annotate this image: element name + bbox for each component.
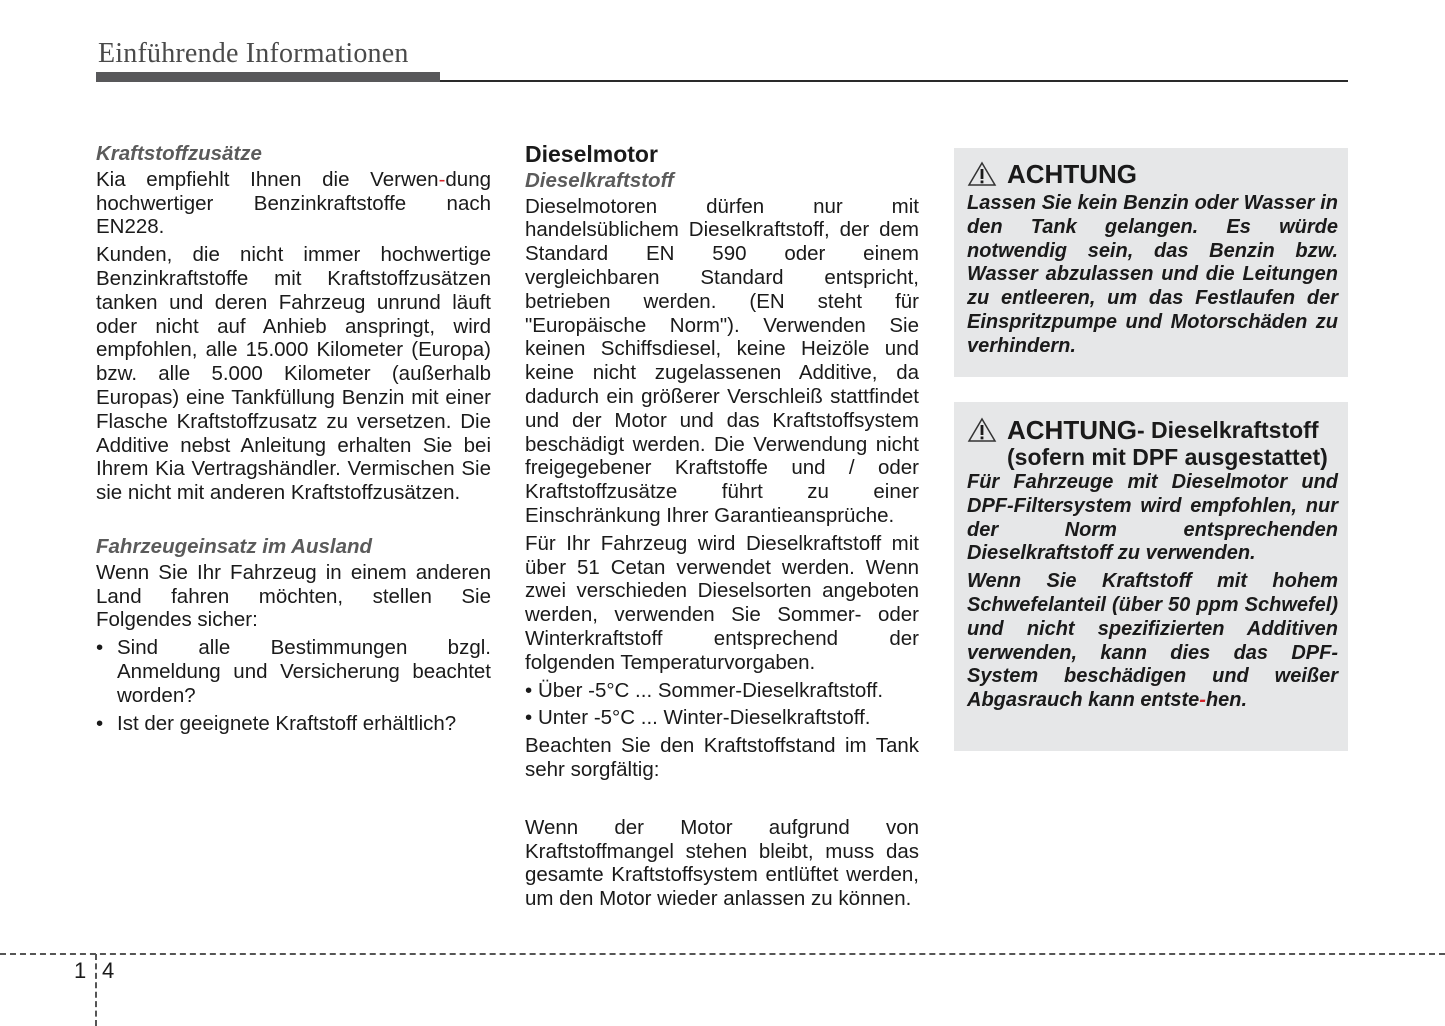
paragraph-text: Kia empfiehlt Ihnen die Verwen (96, 168, 439, 191)
warning-title: ACHTUNG (1007, 160, 1137, 188)
chapter-number: 1 (74, 958, 86, 984)
column-2: Dieselmotor Dieselkraftstoff Dieselmotor… (525, 140, 919, 915)
paragraph: Beachten Sie den Kraftstoffstand im Tank… (525, 734, 919, 782)
paragraph: Kunden, die nicht immer hochwertige Benz… (96, 243, 491, 505)
footer-dashed-rule (0, 953, 1445, 955)
bullet-list: Über -5°C ... Sommer-Dieselkraftstoff. U… (525, 679, 919, 731)
warning-title: ACHTUNG (1007, 416, 1137, 444)
section-subtitle-dieselkraftstoff: Dieselkraftstoff (525, 169, 919, 193)
warning-heading: ACHTUNG - Dieselkraftstoff (967, 416, 1338, 444)
warning-text-part: Wenn Sie Kraftstoff mit hohem Schwefelan… (967, 570, 1338, 711)
warning-heading: ACHTUNG (967, 160, 1338, 188)
paragraph: Dieselmotoren dürfen nur mit handelsübli… (525, 195, 919, 528)
warning-text: Wenn Sie Kraftstoff mit hohem Schwefelan… (967, 570, 1338, 713)
section-subtitle-ausland: Fahrzeugeinsatz im Ausland (96, 535, 491, 559)
paragraph: Wenn Sie Ihr Fahrzeug in einem anderen L… (96, 561, 491, 632)
list-item: Sind alle Bestimmungen bzgl. Anmeldung u… (96, 636, 491, 707)
warning-text: Für Fahrzeuge mit Dieselmotor und DPF-Fi… (967, 471, 1338, 566)
warning-box-benzin-wasser: ACHTUNG Lassen Sie kein Benzin oder Wass… (954, 148, 1348, 377)
list-item: Ist der geeignete Kraftstoff erhältlich? (96, 712, 491, 736)
paragraph: Kia empfiehlt Ihnen die Verwen-dung hoch… (96, 168, 491, 239)
list-item: Über -5°C ... Sommer-Dieselkraftstoff. (525, 679, 919, 703)
footer-dashed-divider (95, 954, 97, 1026)
warning-text-part: hen. (1206, 689, 1247, 711)
warning-title-suffix: - Dieselkraftstoff (1137, 416, 1318, 444)
paragraph: Für Ihr Fahrzeug wird Dieselkraftstoff m… (525, 532, 919, 675)
header-bar (96, 72, 440, 82)
bullet-list: Sind alle Bestimmungen bzgl. Anmeldung u… (96, 636, 491, 735)
page-number: 4 (102, 958, 114, 984)
warning-box-dpf: ACHTUNG - Dieselkraftstoff (sofern mit D… (954, 402, 1348, 751)
warning-triangle-icon (967, 417, 997, 443)
section-title-dieselmotor: Dieselmotor (525, 143, 919, 167)
warning-text: Lassen Sie kein Benzin oder Wasser in de… (967, 192, 1338, 359)
list-item: Unter -5°C ... Winter-Dieselkraftstoff. (525, 706, 919, 730)
header-rule (440, 80, 1348, 82)
paragraph: Wenn der Motor aufgrund von Kraftstoffma… (525, 816, 919, 911)
hyphen-mark: - (1199, 689, 1206, 711)
warning-title-line2: (sofern mit DPF ausgestattet) (967, 444, 1338, 471)
page-header-title: Einführende Informationen (98, 38, 409, 70)
warning-triangle-icon (967, 161, 997, 187)
section-subtitle-kraftstoffzusaetze: Kraftstoffzusätze (96, 142, 491, 166)
column-1: Kraftstoffzusätze Kia empfiehlt Ihnen di… (96, 140, 491, 739)
